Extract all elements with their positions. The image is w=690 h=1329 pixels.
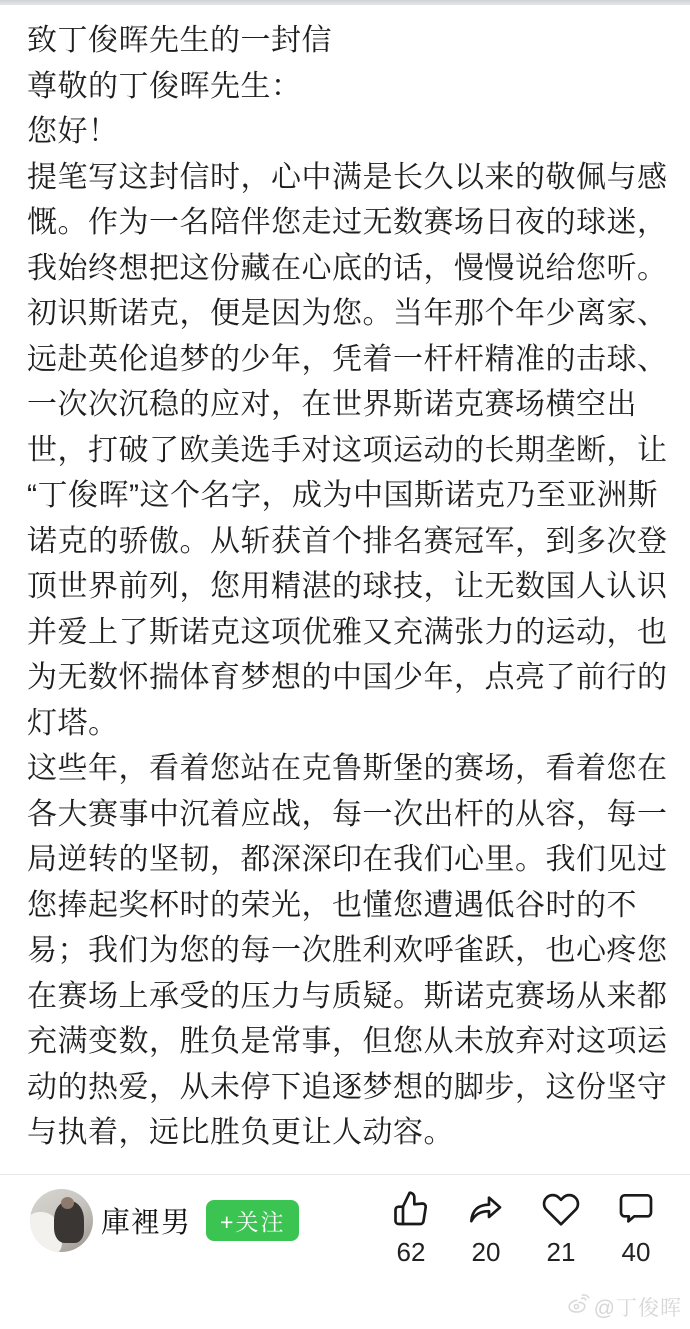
watermark: @丁俊晖 (566, 1292, 682, 1322)
letter-line: 诺克的骄傲。从斩获首个排名赛冠军，到多次登 (27, 519, 672, 565)
letter-line: 与执着，远比胜负更让人动容。 (27, 1110, 672, 1156)
letter-line: 顶世界前列，您用精湛的球技，让无数国人认识 (27, 564, 672, 610)
letter-line: 慨。作为一名陪伴您走过无数赛场日夜的球迷， (27, 200, 672, 246)
letter-line: 我始终想把这份藏在心底的话，慢慢说给您听。 (27, 246, 672, 292)
follow-button[interactable]: +关注 (206, 1200, 299, 1241)
letter-line: 初识斯诺克，便是因为您。当年那个年少离家、 (27, 291, 672, 337)
letter-body: 致丁俊晖先生的一封信 尊敬的丁俊晖先生： 您好！ 提笔写这封信时，心中满是长久以… (0, 5, 690, 1175)
letter-line: 世，打破了欧美选手对这项运动的长期垄断，让 (27, 428, 672, 474)
letter-line: 为无数怀揣体育梦想的中国少年，点亮了前行的 (27, 655, 672, 701)
share-icon (466, 1189, 506, 1234)
letter-line: “丁俊晖”这个名字，成为中国斯诺克乃至亚洲斯 (27, 473, 672, 519)
letter-line: 局逆转的坚韧，都深深印在我们心里。我们见过 (27, 837, 672, 883)
letter-line: 您捧起奖杯时的荣光，也懂您遭遇低谷时的不 (27, 883, 672, 929)
letter-line: 灯塔。 (27, 701, 672, 747)
letter-line: 充满变数，胜负是常事，但您从未放弃对这项运 (27, 1019, 672, 1065)
letter-line: 提笔写这封信时，心中满是长久以来的敬佩与感 (27, 155, 672, 201)
post-footer: 庫裡男 +关注 62 20 (0, 1175, 690, 1328)
action-bar: 62 20 21 40 (389, 1189, 658, 1267)
share-count: 20 (472, 1237, 501, 1267)
letter-title-line: 致丁俊晖先生的一封信 (27, 18, 672, 64)
letter-line: 远赴英伦追梦的少年，凭着一杆杆精准的击球、 (27, 337, 672, 383)
author-avatar[interactable] (30, 1189, 93, 1252)
avatar-photo-head-shape (61, 1197, 74, 1209)
like-count: 62 (397, 1237, 426, 1267)
letter-line: 在赛场上承受的压力与质疑。斯诺克赛场从来都 (27, 974, 672, 1020)
letter-line: 易；我们为您的每一次胜利欢呼雀跃，也心疼您 (27, 928, 672, 974)
like-button[interactable]: 62 (389, 1189, 433, 1267)
favorite-count: 21 (547, 1237, 576, 1267)
letter-salutation-line: 尊敬的丁俊晖先生： (27, 64, 672, 110)
letter-line: 动的热爱，从未停下追逐梦想的脚步，这份坚守 (27, 1065, 672, 1111)
share-button[interactable]: 20 (464, 1189, 508, 1267)
letter-line: 一次次沉稳的应对，在世界斯诺克赛场横空出 (27, 382, 672, 428)
author-name[interactable]: 庫裡男 (101, 1200, 191, 1241)
author-row: 庫裡男 +关注 (30, 1189, 299, 1252)
heart-icon (541, 1189, 581, 1234)
thumbs-up-icon (391, 1189, 431, 1234)
favorite-button[interactable]: 21 (539, 1189, 583, 1267)
letter-line: 您好！ (27, 109, 672, 155)
comment-button[interactable]: 40 (614, 1189, 658, 1267)
letter-line: 各大赛事中沉着应战，每一次出杆的从容，每一 (27, 792, 672, 838)
weibo-icon (566, 1292, 590, 1322)
letter-line: 这些年，看着您站在克鲁斯堡的赛场，看着您在 (27, 746, 672, 792)
letter-line: 并爱上了斯诺克这项优雅又充满张力的运动，也 (27, 610, 672, 656)
comment-icon (616, 1189, 656, 1234)
watermark-text: @丁俊晖 (594, 1292, 682, 1322)
comment-count: 40 (622, 1237, 651, 1267)
